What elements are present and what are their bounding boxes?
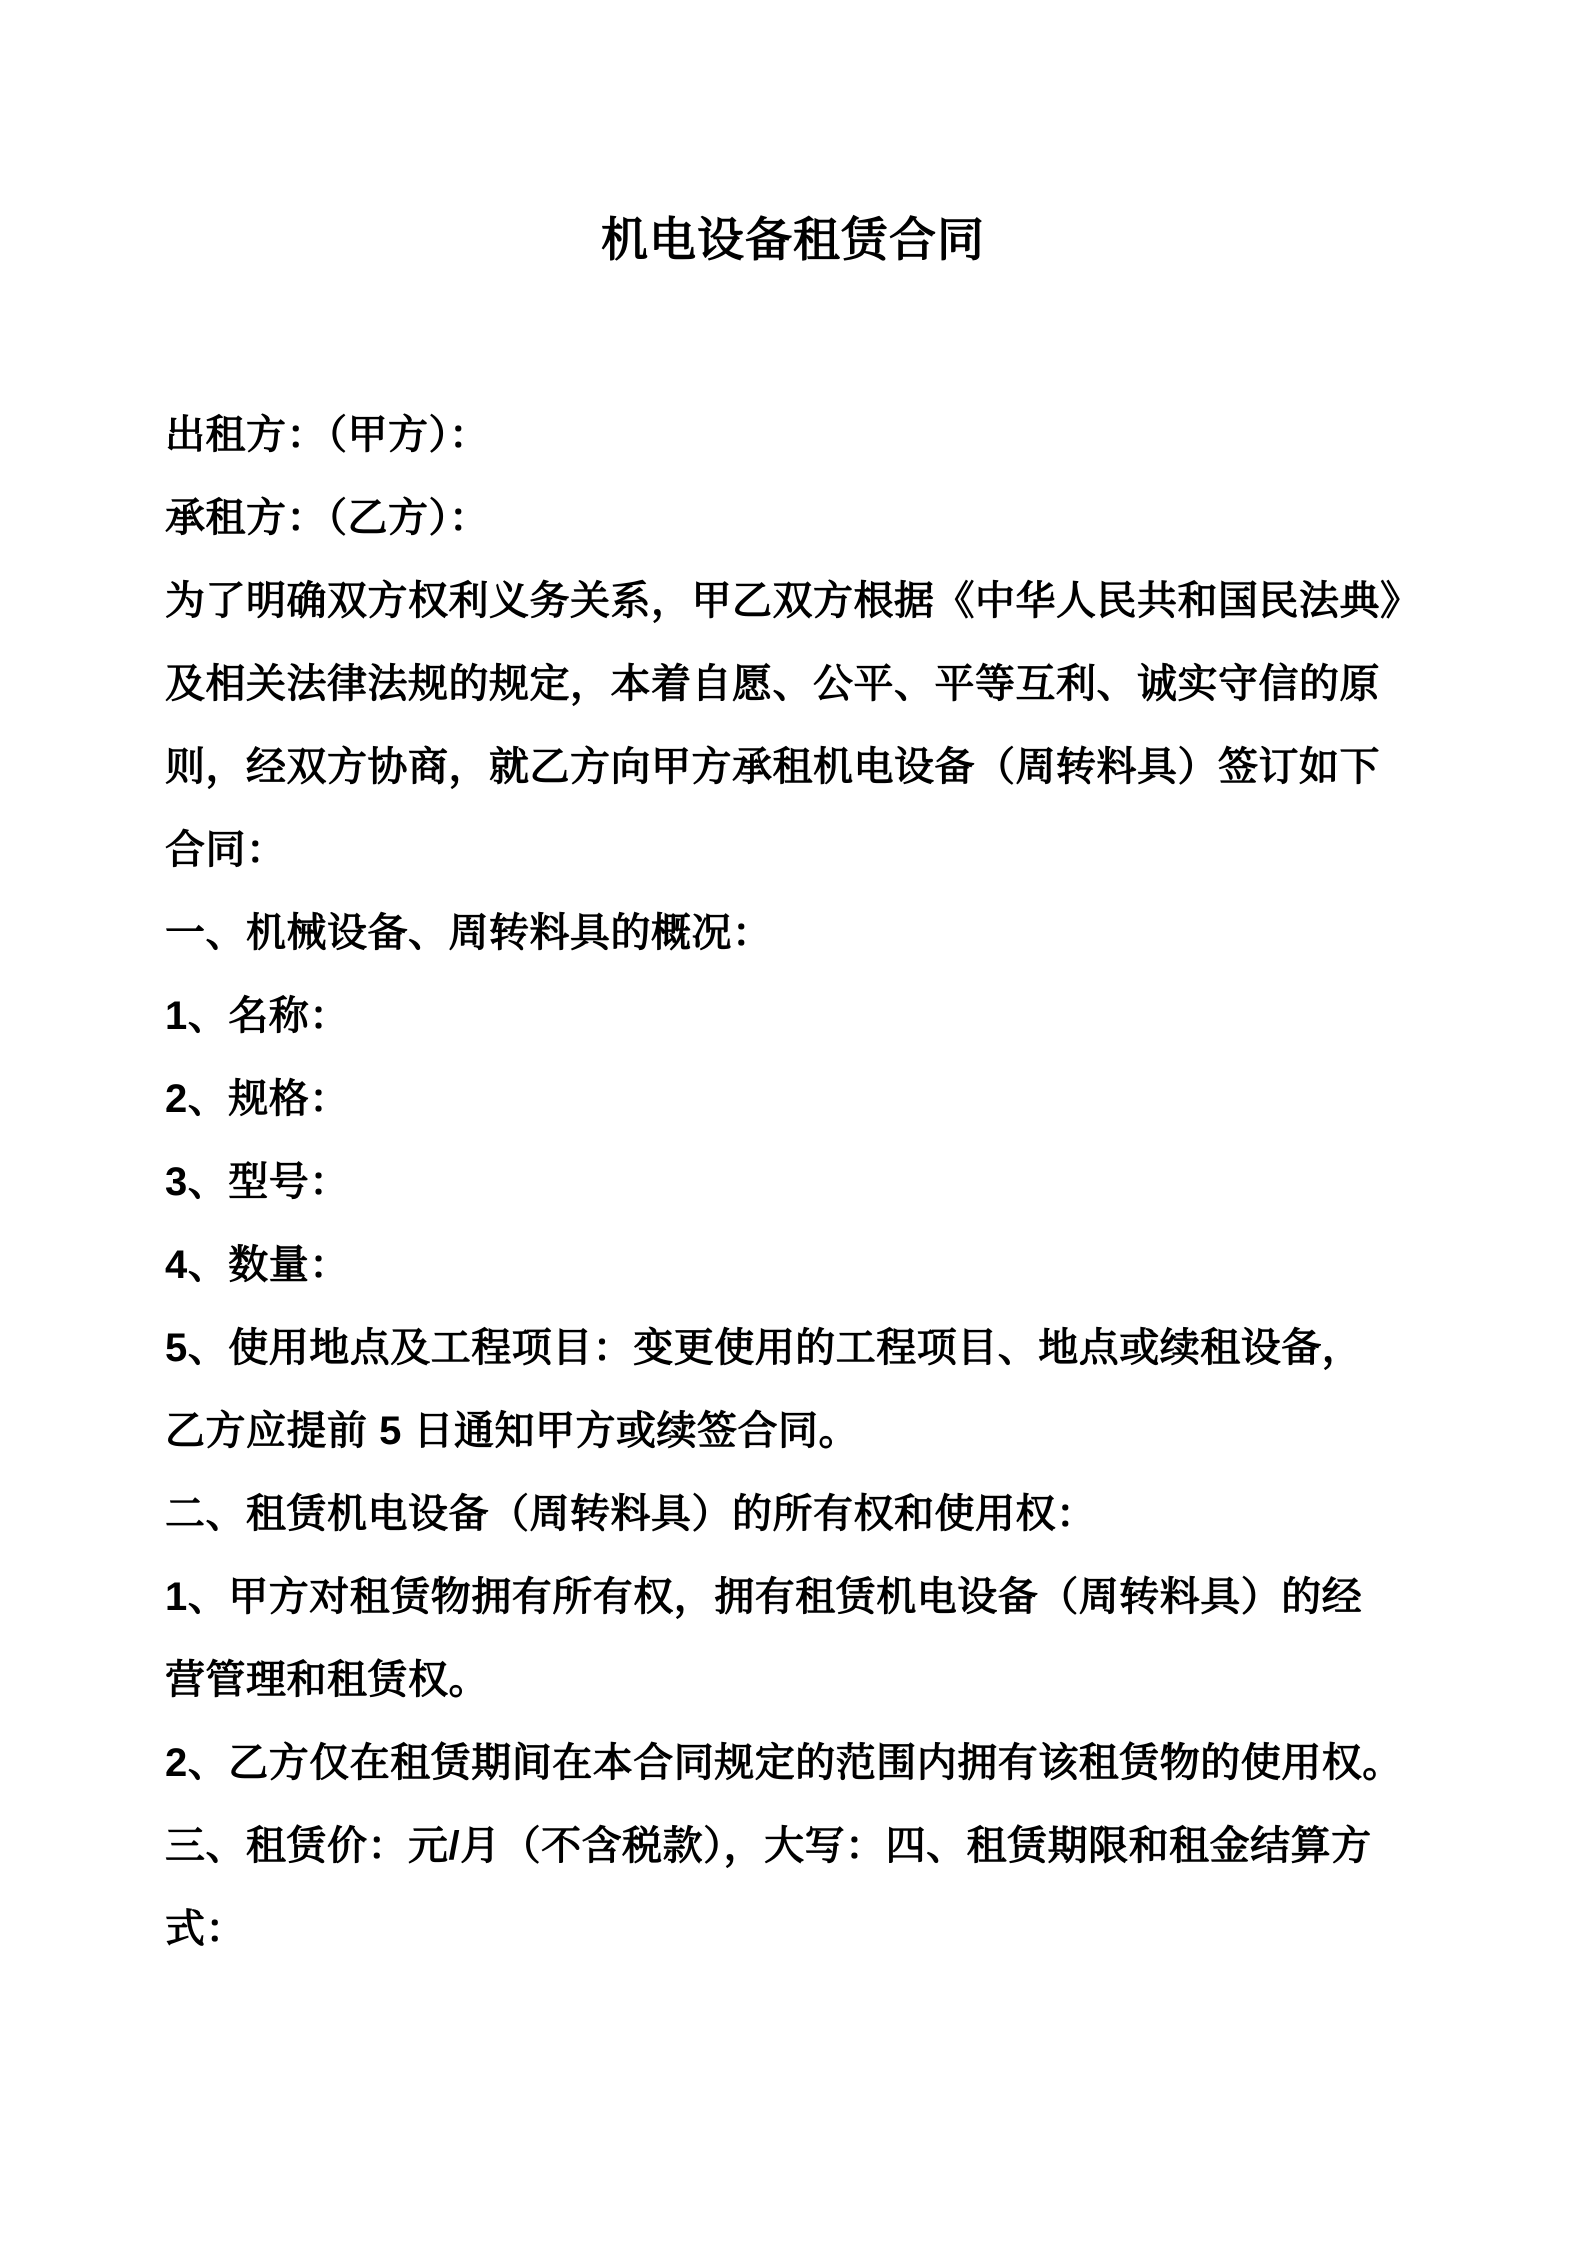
contract-line-item-name: 1、名称： [165,975,1445,1058]
contract-line-ownership-1a: 1、甲方对租赁物拥有所有权，拥有租赁机电设备（周转料具）的经 [165,1556,1445,1639]
contract-line-ownership-2: 2、乙方仅在租赁期间在本合同规定的范围内拥有该租赁物的使用权。 [165,1722,1445,1805]
document-body: 出租方：（甲方）： 承租方：（乙方）： 为了明确双方权利义务关系，甲乙双方根据《… [165,394,1445,1971]
contract-line-section-2: 二、租赁机电设备（周转料具）的所有权和使用权： [165,1473,1445,1556]
contract-line-preamble-2: 及相关法律法规的规定，本着自愿、公平、平等互利、诚实守信的原 [165,643,1445,726]
document-title: 机电设备租赁合同 [0,210,1586,270]
contract-line-section-1: 一、机械设备、周转料具的概况： [165,892,1445,975]
contract-line-ownership-1b: 营管理和租赁权。 [165,1639,1445,1722]
contract-line-item-model: 3、型号： [165,1141,1445,1224]
contract-line-lessee: 承租方：（乙方）： [165,477,1445,560]
contract-line-section-3b: 式： [165,1888,1445,1971]
contract-line-item-site-1: 5、使用地点及工程项目：变更使用的工程项目、地点或续租设备， [165,1307,1445,1390]
contract-line-item-spec: 2、规格： [165,1058,1445,1141]
contract-line-item-site-2: 乙方应提前 5 日通知甲方或续签合同。 [165,1390,1445,1473]
contract-line-preamble-4: 合同： [165,809,1445,892]
contract-line-item-qty: 4、数量： [165,1224,1445,1307]
contract-document-page: 机电设备租赁合同 出租方：（甲方）： 承租方：（乙方）： 为了明确双方权利义务关… [0,0,1586,2244]
contract-line-preamble-3: 则，经双方协商，就乙方向甲方承租机电设备（周转料具）签订如下 [165,726,1445,809]
contract-line-preamble-1: 为了明确双方权利义务关系，甲乙双方根据《中华人民共和国民法典》 [165,560,1445,643]
contract-line-lessor: 出租方：（甲方）： [165,394,1445,477]
contract-line-section-3a: 三、租赁价：元/月（不含税款），大写：四、租赁期限和租金结算方 [165,1805,1445,1888]
